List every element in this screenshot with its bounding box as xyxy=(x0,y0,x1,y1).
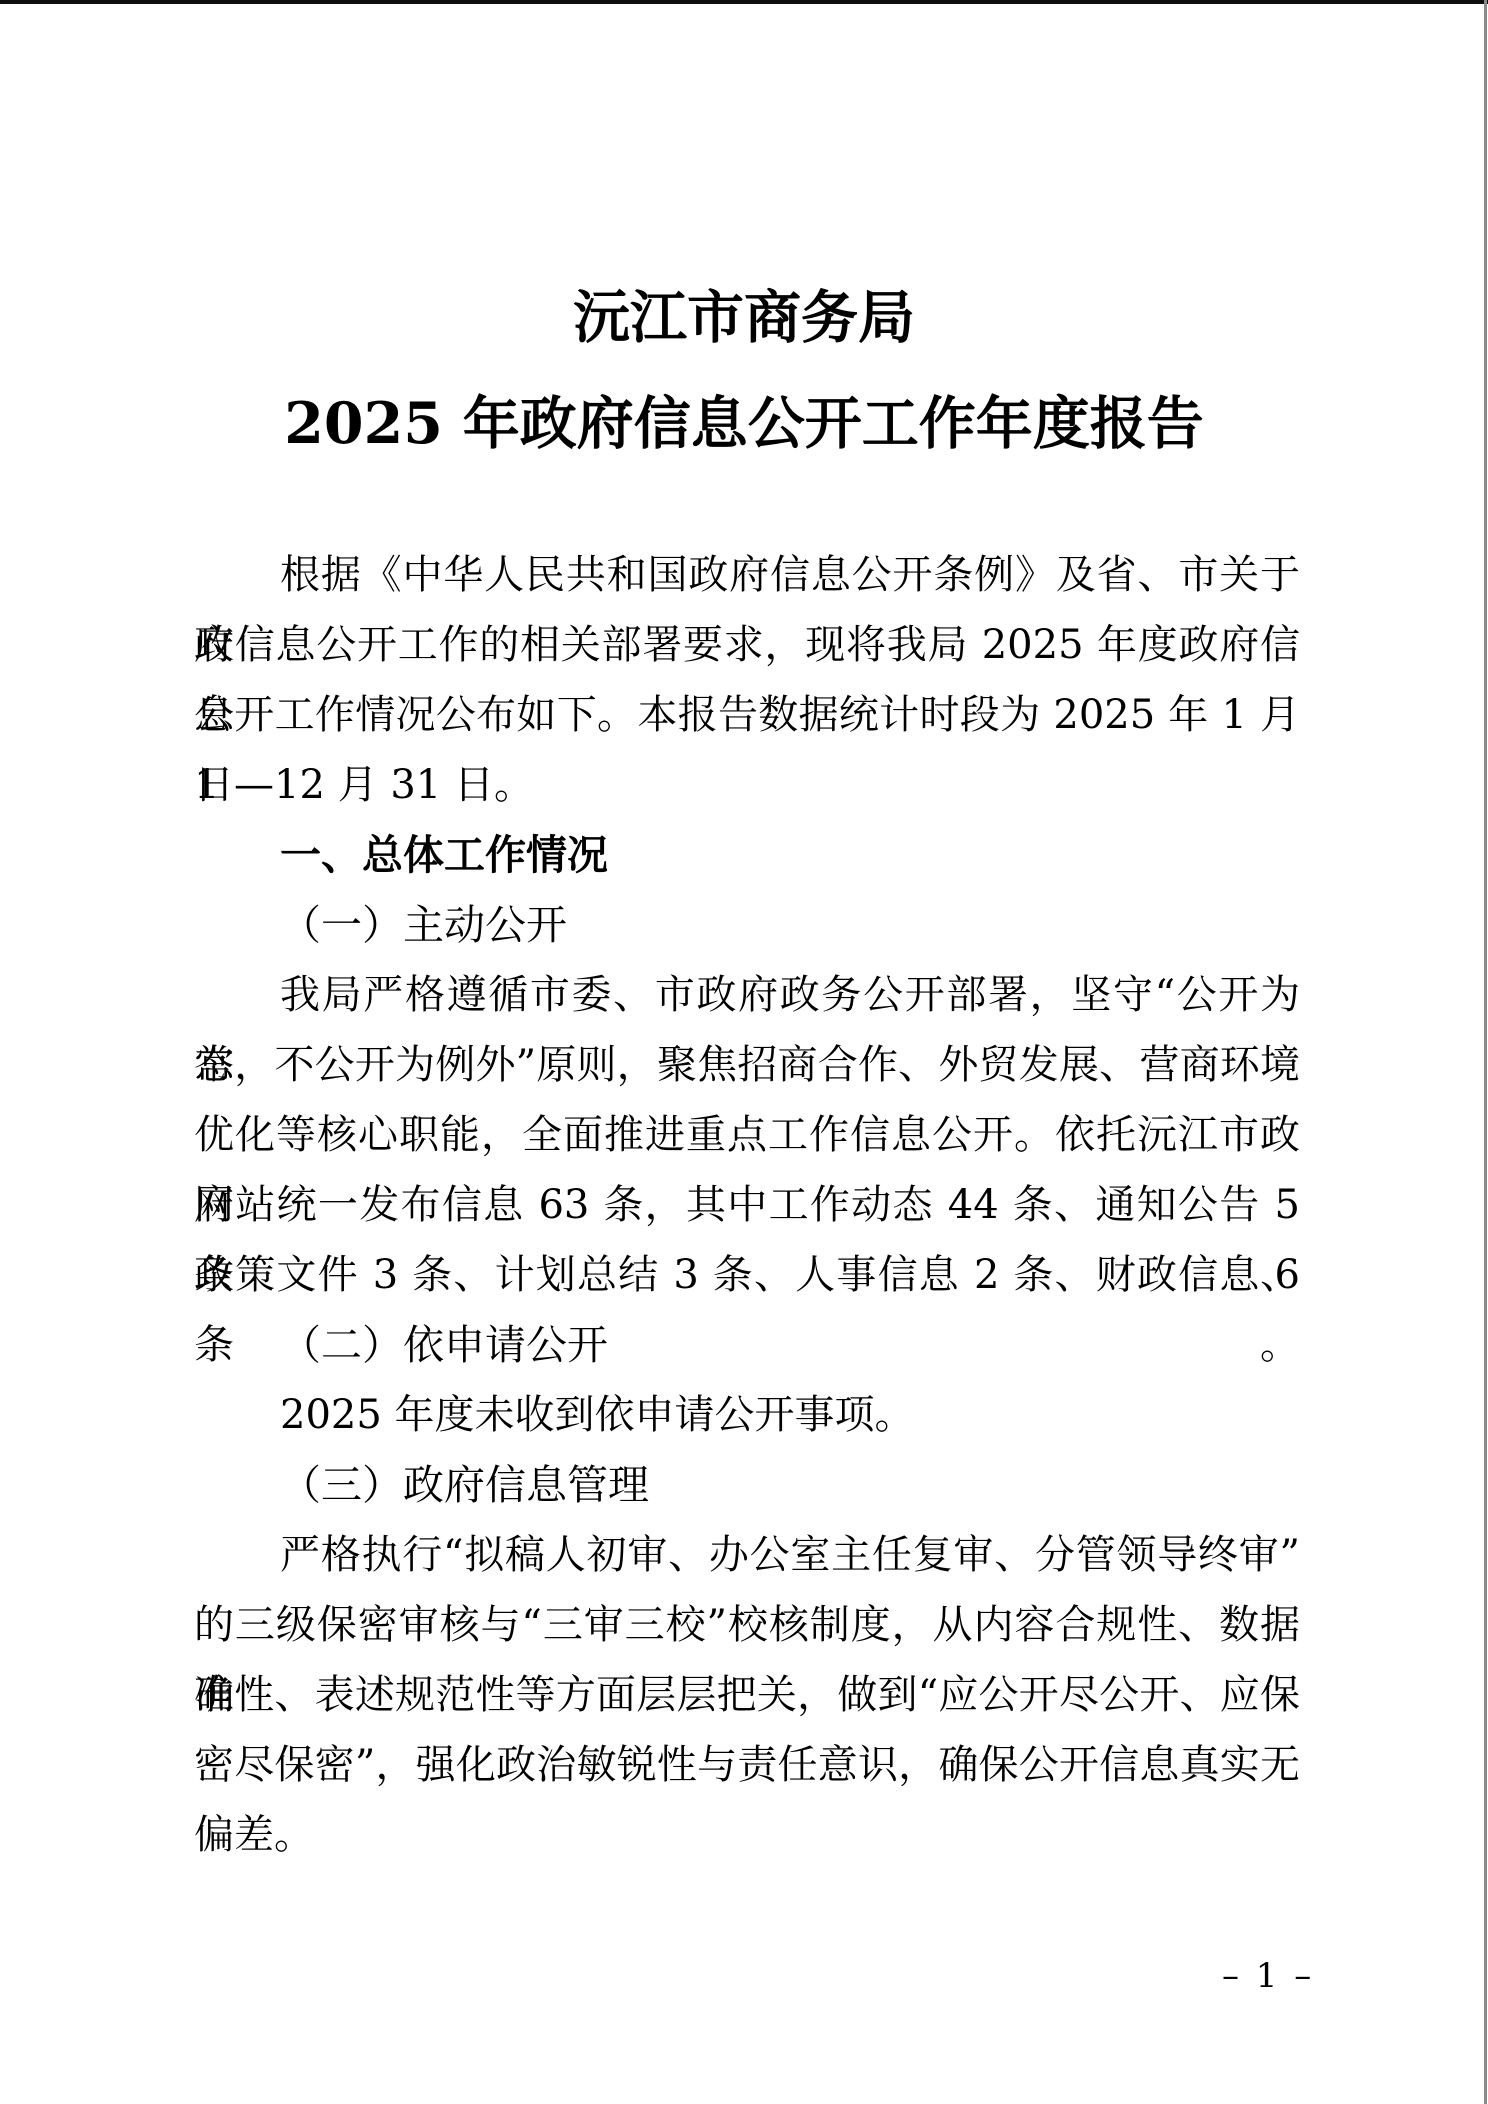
intro-line-2: 府信息公开工作的相关部署要求，现将我局 2025 年度政府信息 xyxy=(194,610,1300,680)
intro-line-3: 公开工作情况公布如下。本报告数据统计时段为 2025 年 1 月 1 xyxy=(194,680,1300,750)
page-number: – 1 – xyxy=(1222,1956,1314,1996)
subsection-3-heading: （三）政府信息管理 xyxy=(194,1450,1300,1520)
subsection-2-line-1: 2025 年度未收到依申请公开事项。 xyxy=(194,1380,1300,1450)
document-title-line-2: 2025 年政府信息公开工作年度报告 xyxy=(0,384,1488,464)
subsection-1-heading: （一）主动公开 xyxy=(194,890,1300,960)
document-page: 沅江市商务局 2025 年政府信息公开工作年度报告 根据《中华人民共和国政府信息… xyxy=(0,0,1488,2104)
subsection-3-line-5: 偏差。 xyxy=(194,1800,1300,1870)
subsection-1-line-4: 网站统一发布信息 63 条，其中工作动态 44 条、通知公告 5 条、 xyxy=(194,1170,1300,1240)
intro-line-4: 日—12 月 31 日。 xyxy=(194,750,1300,820)
document-title-line-1: 沅江市商务局 xyxy=(0,278,1488,358)
section-1-heading: 一、总体工作情况 xyxy=(194,820,1300,890)
subsection-1-line-3: 优化等核心职能，全面推进重点工作信息公开。依托沅江市政府 xyxy=(194,1100,1300,1170)
subsection-3-line-4: 密尽保密”，强化政治敏锐性与责任意识，确保公开信息真实无 xyxy=(194,1730,1300,1800)
subsection-1-line-1: 我局严格遵循市委、市政府政务公开部署，坚守“公开为常 xyxy=(194,960,1300,1030)
intro-line-1: 根据《中华人民共和国政府信息公开条例》及省、市关于政 xyxy=(194,540,1300,610)
subsection-3-line-3: 确性、表述规范性等方面层层把关，做到“应公开尽公开、应保 xyxy=(194,1660,1300,1730)
subsection-3-line-2: 的三级保密审核与“三审三校”校核制度，从内容合规性、数据准 xyxy=(194,1590,1300,1660)
subsection-3-line-1: 严格执行“拟稿人初审、办公室主任复审、分管领导终审” xyxy=(194,1520,1300,1590)
subsection-1-line-2: 态，不公开为例外”原则，聚焦招商合作、外贸发展、营商环境 xyxy=(194,1030,1300,1100)
page-top-edge-line xyxy=(0,0,1488,4)
subsection-1-line-5: 政策文件 3 条、计划总结 3 条、人事信息 2 条、财政信息 6 条。 xyxy=(194,1240,1300,1310)
subsection-2-heading: （二）依申请公开 xyxy=(194,1310,1300,1380)
